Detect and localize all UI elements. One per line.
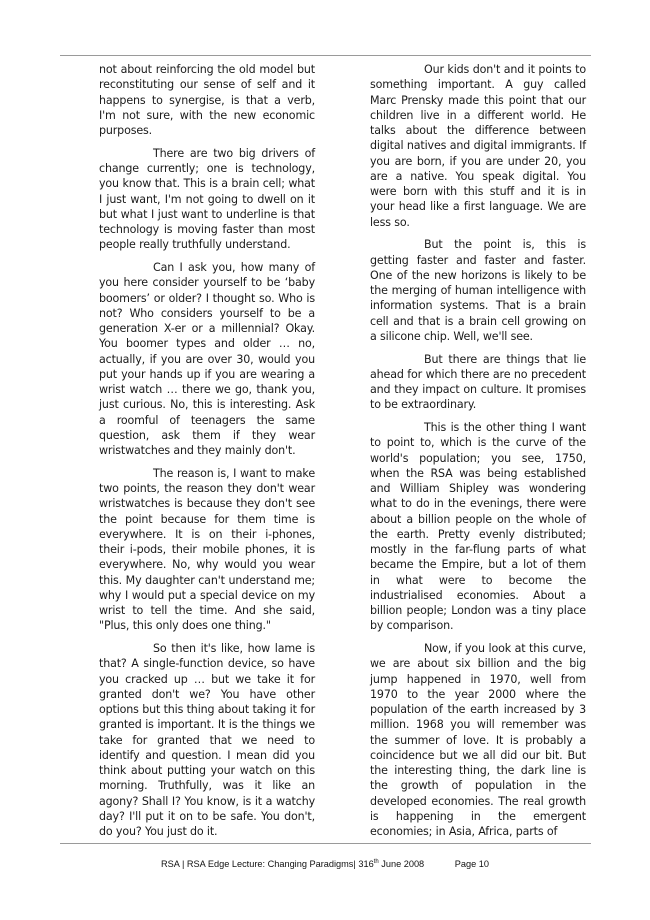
paragraph: But the point is, this is getting faster…: [370, 237, 586, 344]
paragraph: So then it's like, how lame is that? A s…: [99, 641, 315, 839]
right-text-column: Our kids don't and it points to somethin…: [370, 62, 586, 847]
paragraph: Can I ask you, how many of you here cons…: [99, 260, 315, 458]
footer-rule: [60, 843, 591, 844]
paragraph: There are two big drivers of change curr…: [99, 146, 315, 253]
paragraph: The reason is, I want to make two points…: [99, 466, 315, 634]
footer-title: RSA | RSA Edge Lecture: Changing Paradig…: [161, 859, 369, 869]
page-number: Page 10: [455, 859, 489, 869]
paragraph: Our kids don't and it points to somethin…: [370, 62, 586, 230]
header-rule: [60, 55, 591, 56]
paragraph: not about reinforcing the old model but …: [99, 62, 315, 138]
paragraph: Now, if you look at this curve, we are a…: [370, 641, 586, 839]
page-footer: RSA | RSA Edge Lecture: Changing Paradig…: [0, 859, 650, 869]
paragraph: But there are things that lie ahead for …: [370, 352, 586, 413]
footer-date: June 2008: [379, 859, 424, 869]
left-text-column: not about reinforcing the old model but …: [99, 62, 315, 847]
paragraph: This is the other thing I want to point …: [370, 420, 586, 634]
